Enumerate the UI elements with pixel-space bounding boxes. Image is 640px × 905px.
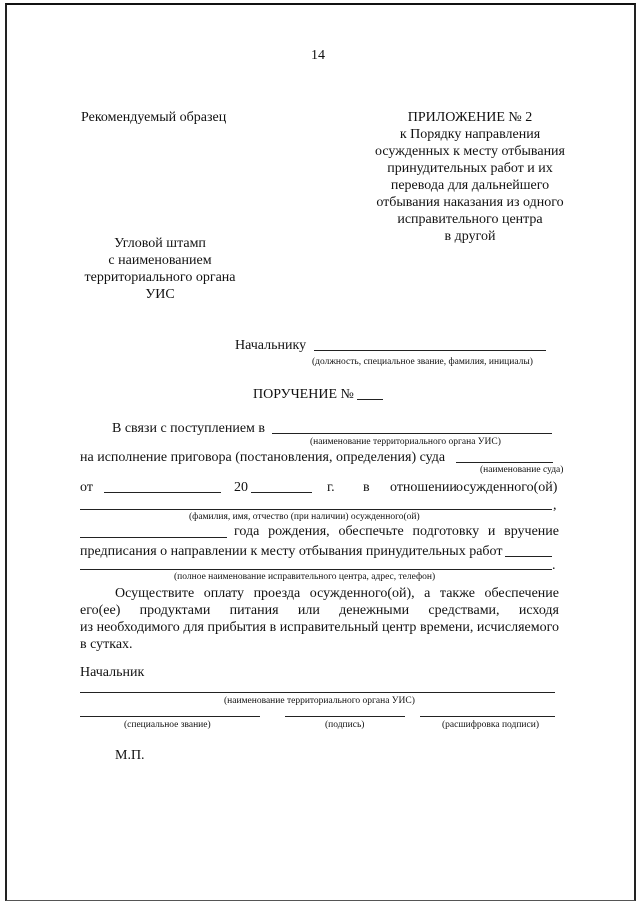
date-year-prefix: 20 [234,479,248,496]
date-day-month-field[interactable] [104,492,221,493]
stamp-line: Угловой штамп [70,235,250,252]
appendix-line: в другой [360,228,580,245]
body-line2-label: на исполнение приговора (постановления, … [80,449,445,466]
stamp-line: с наименованием [70,252,250,269]
appendix-line: осужденных к месту отбывания [360,143,580,160]
correction-center-field-start[interactable] [505,556,552,557]
date-year-field[interactable] [251,492,312,493]
correction-center-hint: (полное наименование исправительного цен… [174,572,435,583]
period: . [552,557,556,574]
stamp-place-label: М.П. [115,747,145,764]
uis-organ-field[interactable] [272,433,552,434]
body-line5: года рождения, обеспечьте подготовку и в… [234,523,559,540]
birth-year-field[interactable] [80,537,227,538]
stamp-line: УИС [70,286,250,303]
rank-field[interactable] [80,716,260,717]
appendix-line: перевода для дальнейшего [360,177,580,194]
body-line1-label: В связи с поступлением в [112,420,265,437]
appendix-block: ПРИЛОЖЕНИЕ № 2 к Порядку направления осу… [360,109,580,245]
addressee-field[interactable] [314,350,546,351]
signature-hint: (подпись) [325,720,364,731]
para2-line: в сутках. [80,636,133,653]
order-number-field[interactable] [357,399,383,400]
signature-decode-field[interactable] [420,716,555,717]
convict-name-field[interactable] [80,509,552,510]
uis-organ-hint: (наименование территориального органа УИ… [310,437,501,448]
para2-line: Осуществите оплату проезда осужденного(о… [115,585,559,602]
appendix-title: ПРИЛОЖЕНИЕ № 2 [360,109,580,126]
appendix-line: исправительного центра [360,211,580,228]
comma: , [553,497,557,514]
court-name-field[interactable] [456,462,553,463]
appendix-line: принудительных работ и их [360,160,580,177]
court-name-hint: (наименование суда) [480,465,563,476]
chief-label: Начальник [80,664,144,681]
date-from-label: от [80,479,93,496]
signature-field[interactable] [285,716,405,717]
addressee-label: Начальнику [235,337,306,354]
stamp-line: территориального органа [70,269,250,286]
convict-name-hint: (фамилия, имя, отчество (при наличии) ос… [189,512,420,523]
order-title: ПОРУЧЕНИЕ № [253,386,354,403]
corner-stamp-block: Угловой штамп с наименованием территориа… [70,235,250,303]
page-number: 14 [311,47,325,64]
correction-center-field[interactable] [80,569,552,570]
line3-word: г. [327,479,335,496]
signature-decode-hint: (расшифровка подписи) [442,720,539,731]
rank-hint: (специальное звание) [124,720,211,731]
chief-organ-hint: (наименование территориального органа УИ… [224,696,415,707]
line3-word: осужденного(ой) [456,479,557,496]
appendix-line: отбывания наказания из одного [360,194,580,211]
recommended-sample-label: Рекомендуемый образец [81,109,226,126]
line3-word: в [363,479,370,496]
appendix-line: к Порядку направления [360,126,580,143]
body-line6: предписания о направлении к месту отбыва… [80,543,502,560]
para2-line: из необходимого для прибытия в исправите… [80,619,559,636]
line3-word: отношении [390,479,457,496]
para2-line: его(ее) продуктами питания или денежными… [80,602,559,619]
chief-organ-field[interactable] [80,692,555,693]
addressee-hint: (должность, специальное звание, фамилия,… [312,357,533,368]
